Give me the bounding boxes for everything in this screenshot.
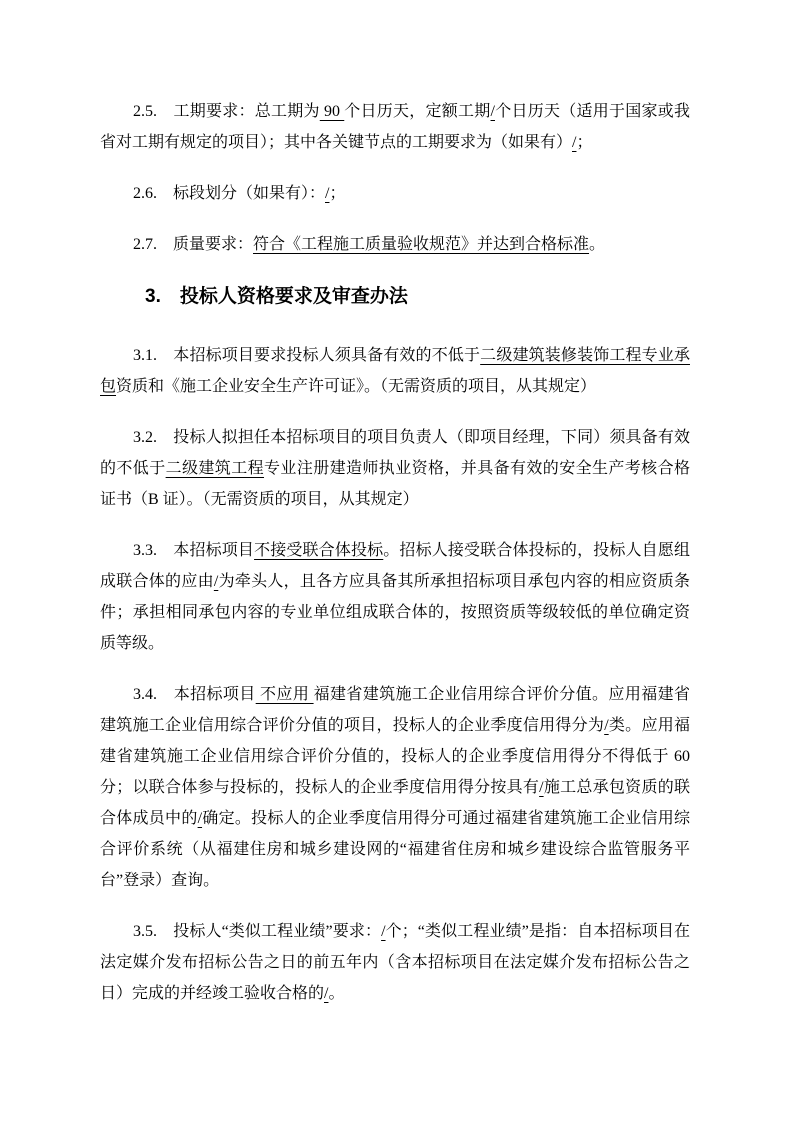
underlined-fill-in-text: 不应用 bbox=[256, 686, 314, 703]
heading-3: 3. 投标人资格要求及审查办法 bbox=[100, 280, 690, 314]
paragraph-3-1: 3.1. 本招标项目要求投标人须具备有效的不低于二级建筑装修装饰工程专业承包资质… bbox=[100, 340, 690, 402]
paragraph-3-2: 3.2. 投标人拟担任本招标项目的项目负责人（即项目经理，下同）须具备有效的不低… bbox=[100, 422, 690, 515]
text-run: 。 bbox=[328, 985, 344, 1002]
paragraph-3-3: 3.3. 本招标项目不接受联合体投标。招标人接受联合体投标的，投标人自愿组成联合… bbox=[100, 535, 690, 659]
text-run: 个日历天，定额工期 bbox=[344, 103, 490, 120]
text-run: 资质和《施工企业安全生产许可证》。（无需资质的项目，从其规定） bbox=[116, 378, 596, 395]
text-run: 3.5. 投标人“类似工程业绩”要求： bbox=[133, 923, 381, 940]
text-run: 3. 投标人资格要求及审查办法 bbox=[145, 286, 408, 307]
text-run: 3.1. 本招标项目要求投标人须具备有效的不低于 bbox=[133, 347, 480, 364]
paragraph-2-5: 2.5. 工期要求：总工期为 90 个日历天，定额工期/个日历天（适用于国家或我… bbox=[100, 96, 690, 158]
underlined-fill-in-text: 不接受联合体投标 bbox=[254, 542, 383, 559]
paragraph-2-7: 2.7. 质量要求：符合《工程施工质量验收规范》并达到合格标准。 bbox=[100, 229, 690, 260]
text-run: 2.6. 标段划分（如果有）： bbox=[133, 185, 325, 202]
underlined-fill-in-text: 90 bbox=[320, 103, 345, 120]
text-run: 2.5. 工期要求：总工期为 bbox=[133, 103, 320, 120]
underlined-fill-in-text: 符合《工程施工质量验收规范》并达到合格标准 bbox=[253, 236, 589, 253]
text-run: 3.4. 本招标项目 bbox=[133, 686, 256, 703]
underlined-fill-in-text: 二级建筑工程 bbox=[166, 460, 264, 477]
document-page: 2.5. 工期要求：总工期为 90 个日历天，定额工期/个日历天（适用于国家或我… bbox=[0, 0, 793, 1122]
text-run: 。 bbox=[589, 236, 605, 253]
text-run: ； bbox=[576, 134, 592, 151]
paragraph-2-6: 2.6. 标段划分（如果有）：/； bbox=[100, 178, 690, 209]
paragraph-3-5: 3.5. 投标人“类似工程业绩”要求：/个；“类似工程业绩”是指：自本招标项目在… bbox=[100, 916, 690, 1009]
document-body: 2.5. 工期要求：总工期为 90 个日历天，定额工期/个日历天（适用于国家或我… bbox=[100, 96, 690, 1009]
text-run: ； bbox=[329, 185, 345, 202]
text-run: 3.3. 本招标项目 bbox=[133, 542, 254, 559]
paragraph-3-4: 3.4. 本招标项目 不应用 福建省建筑施工企业信用综合评价分值。应用福建省建筑… bbox=[100, 679, 690, 896]
text-run: 2.7. 质量要求： bbox=[133, 236, 253, 253]
